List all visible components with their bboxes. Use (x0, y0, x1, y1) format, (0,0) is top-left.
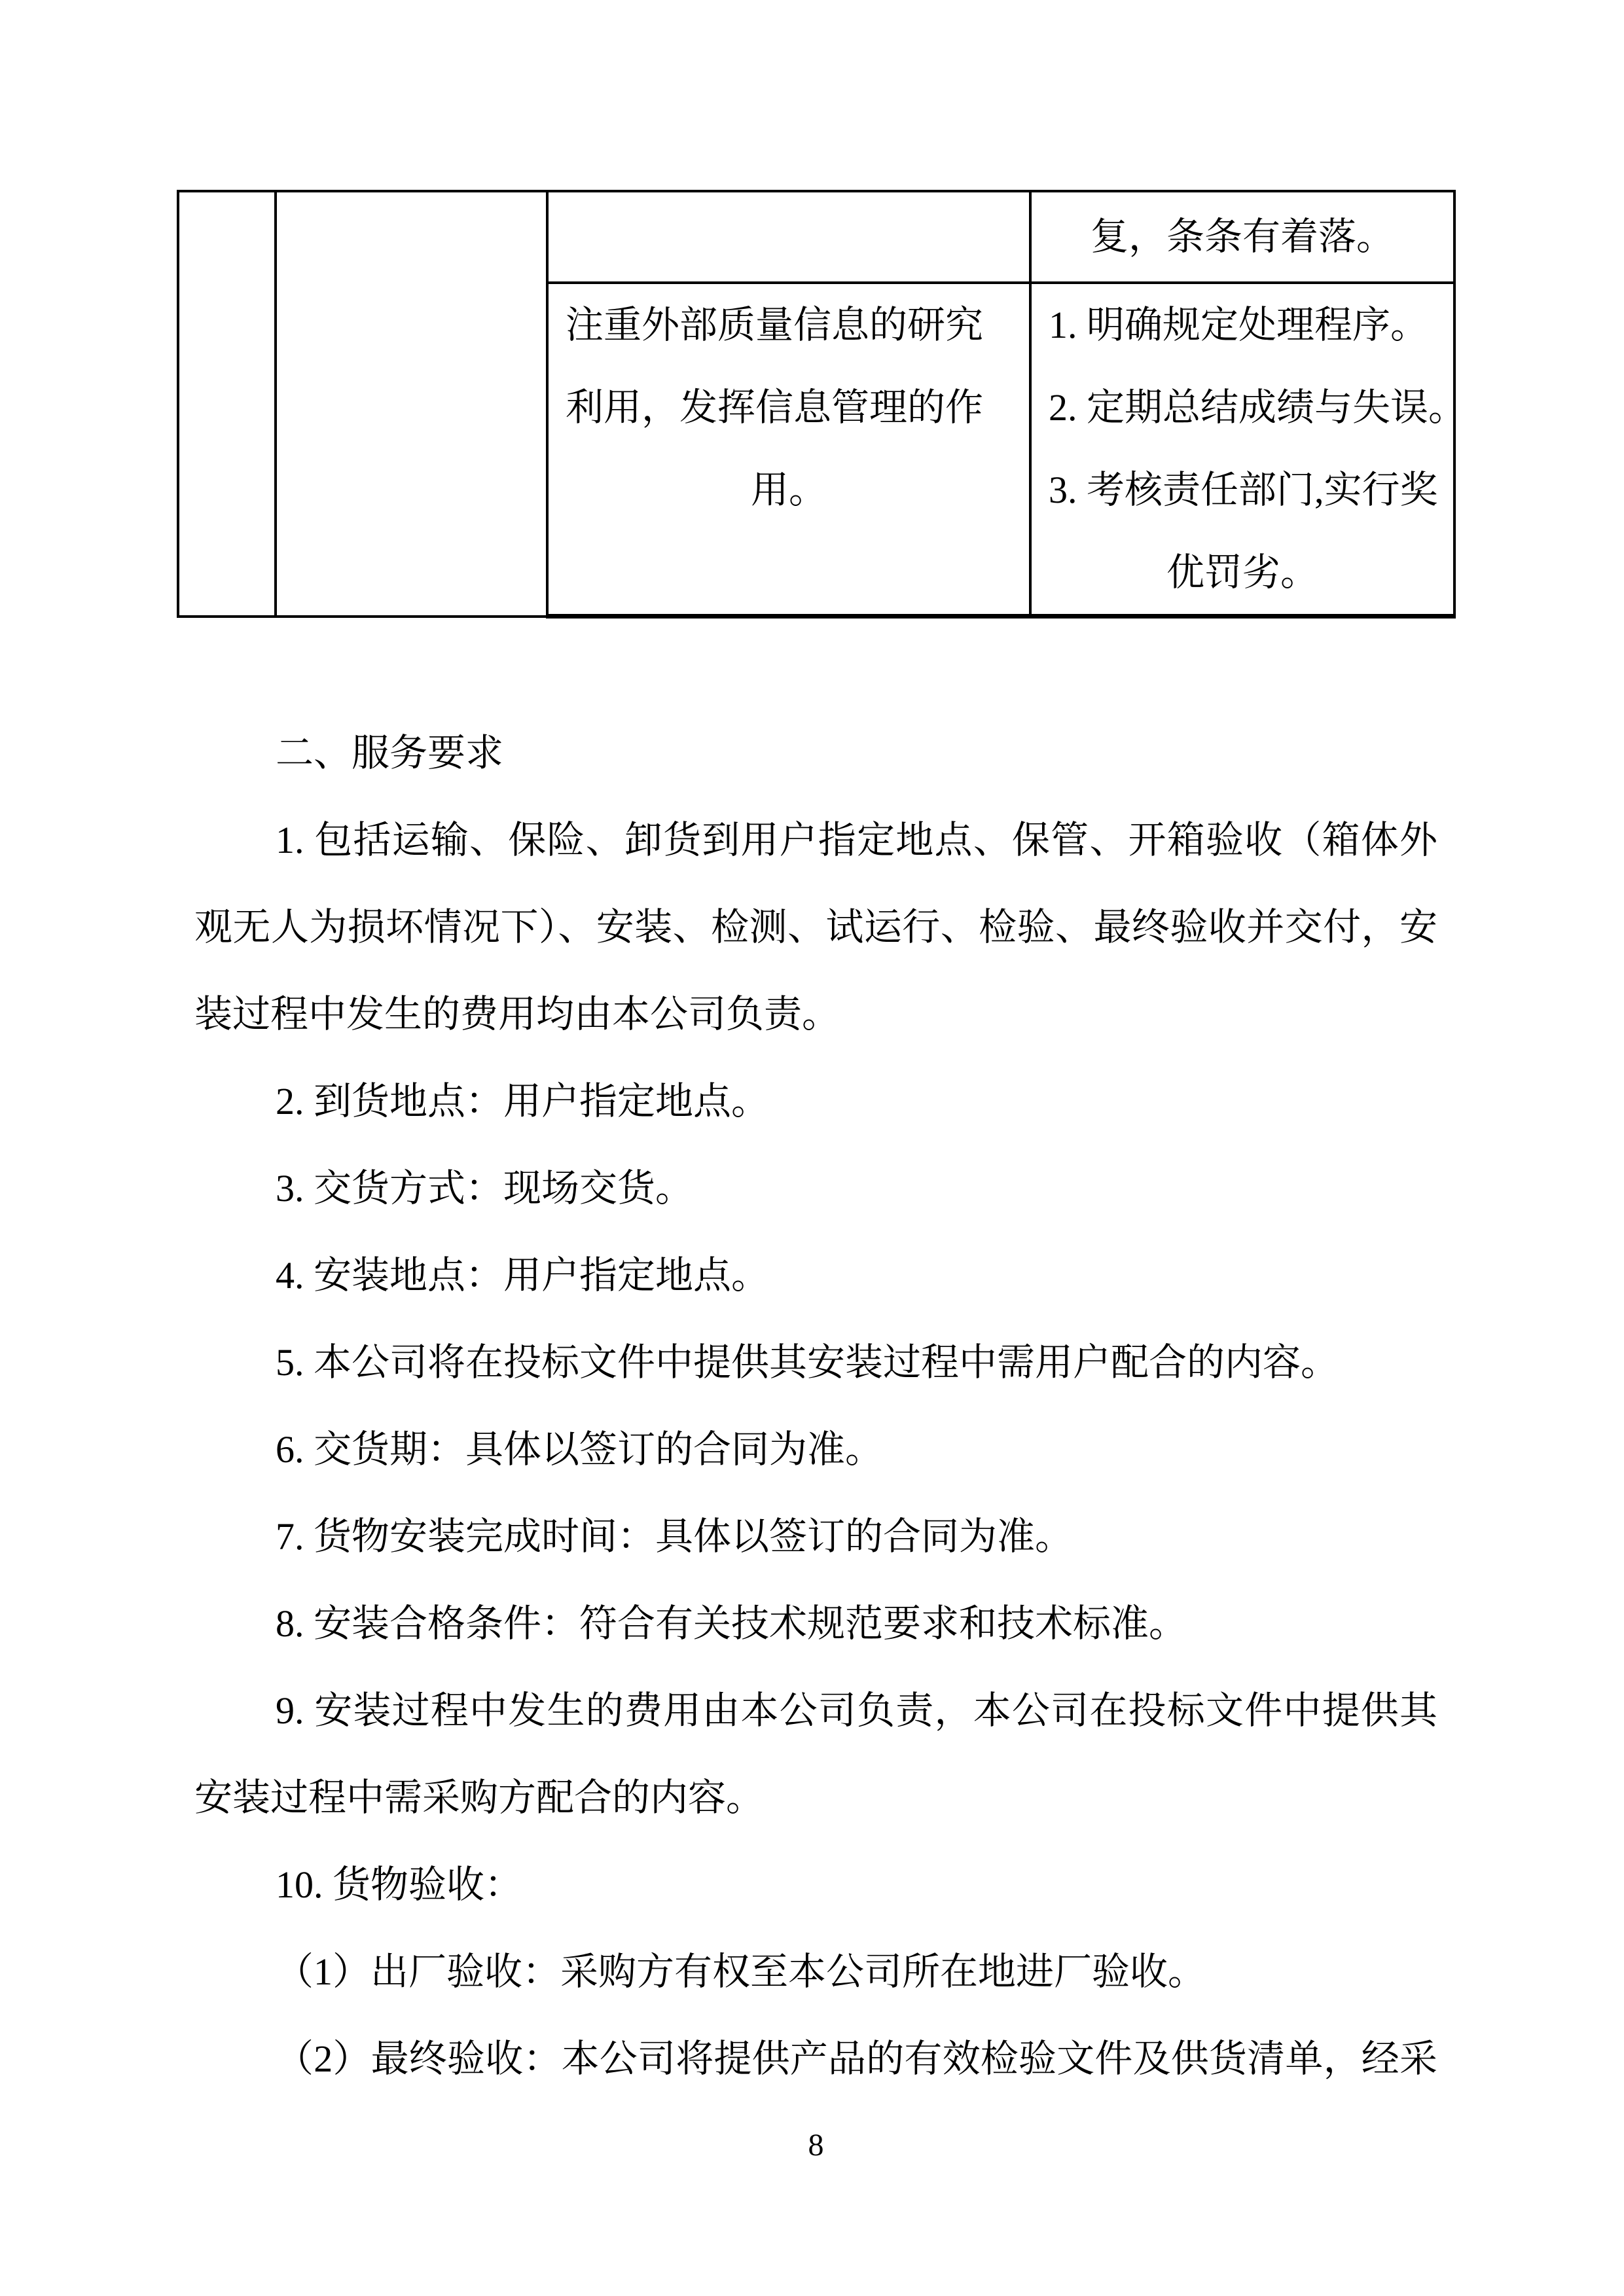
body-line: 7. 货物安装完成时间：具体以签订的合同为准。 (194, 1493, 1437, 1580)
body-line: 9. 安装过程中发生的费用由本公司负责，本公司在投标文件中提供其 (194, 1667, 1437, 1754)
body-line: 安装过程中需采购方配合的内容。 (194, 1754, 1437, 1841)
body-line: 8. 安装合格条件：符合有关技术规范要求和技术标准。 (194, 1580, 1437, 1667)
body-line: （1）出厂验收：采购方有权至本公司所在地进厂验收。 (194, 1928, 1437, 2015)
table-cell-line: 1. 明确规定处理程序。 (1049, 284, 1436, 367)
table-row-1: 复，条条有着落。 (178, 191, 1454, 283)
table-cell-measures: 注重外部质量信息的研究 利用，发挥信息管理的作 用。 (547, 283, 1030, 617)
section-heading: 二、服务要求 (194, 709, 1437, 797)
body-line: （2）最终验收：本公司将提供产品的有效检验文件及供货清单，经采 (194, 2015, 1437, 2102)
body-line: 观无人为损坏情况下）、安装、检测、试运行、检验、最终验收并交付，安 (194, 884, 1437, 971)
body-line: 3. 交货方式：现场交货。 (194, 1145, 1437, 1232)
body-line: 5. 本公司将在投标文件中提供其安装过程中需用户配合的内容。 (194, 1319, 1437, 1406)
table-cell-measures-tail (547, 191, 1030, 283)
body-line: 4. 安装地点：用户指定地点。 (194, 1232, 1437, 1319)
body-line: 装过程中发生的费用均由本公司负责。 (194, 971, 1437, 1058)
body-line: 6. 交货期：具体以签订的合同为准。 (194, 1406, 1437, 1493)
table-cell-index (178, 191, 276, 617)
table-cell-category (276, 191, 547, 617)
table-cell-line: 用。 (566, 449, 1012, 531)
table-cell-line: 注重外部质量信息的研究 (566, 284, 1012, 367)
quality-management-table: 复，条条有着落。 注重外部质量信息的研究 利用，发挥信息管理的作 用。 1. 明… (177, 190, 1456, 619)
table-cell-requirements: 1. 明确规定处理程序。 2. 定期总结成绩与失误。 3. 考核责任部门,实行奖… (1030, 283, 1454, 617)
body-line: 1. 包括运输、保险、卸货到用户指定地点、保管、开箱验收（箱体外 (194, 797, 1437, 884)
table-cell-requirements-tail: 复，条条有着落。 (1030, 191, 1454, 283)
body-line: 2. 到货地点：用户指定地点。 (194, 1058, 1437, 1145)
body-line: 10. 货物验收： (194, 1841, 1437, 1928)
table-cell-line: 3. 考核责任部门,实行奖 (1049, 449, 1436, 531)
page-number: 8 (194, 2102, 1437, 2189)
document-page: 复，条条有着落。 注重外部质量信息的研究 利用，发挥信息管理的作 用。 1. 明… (0, 0, 1624, 2296)
service-requirements-section: 二、服务要求 1. 包括运输、保险、卸货到用户指定地点、保管、开箱验收（箱体外 … (194, 709, 1437, 2102)
table-cell-line: 2. 定期总结成绩与失误。 (1049, 367, 1436, 449)
table-cell-line: 优罚劣。 (1049, 531, 1436, 614)
table-cell-line: 利用，发挥信息管理的作 (566, 367, 1012, 449)
